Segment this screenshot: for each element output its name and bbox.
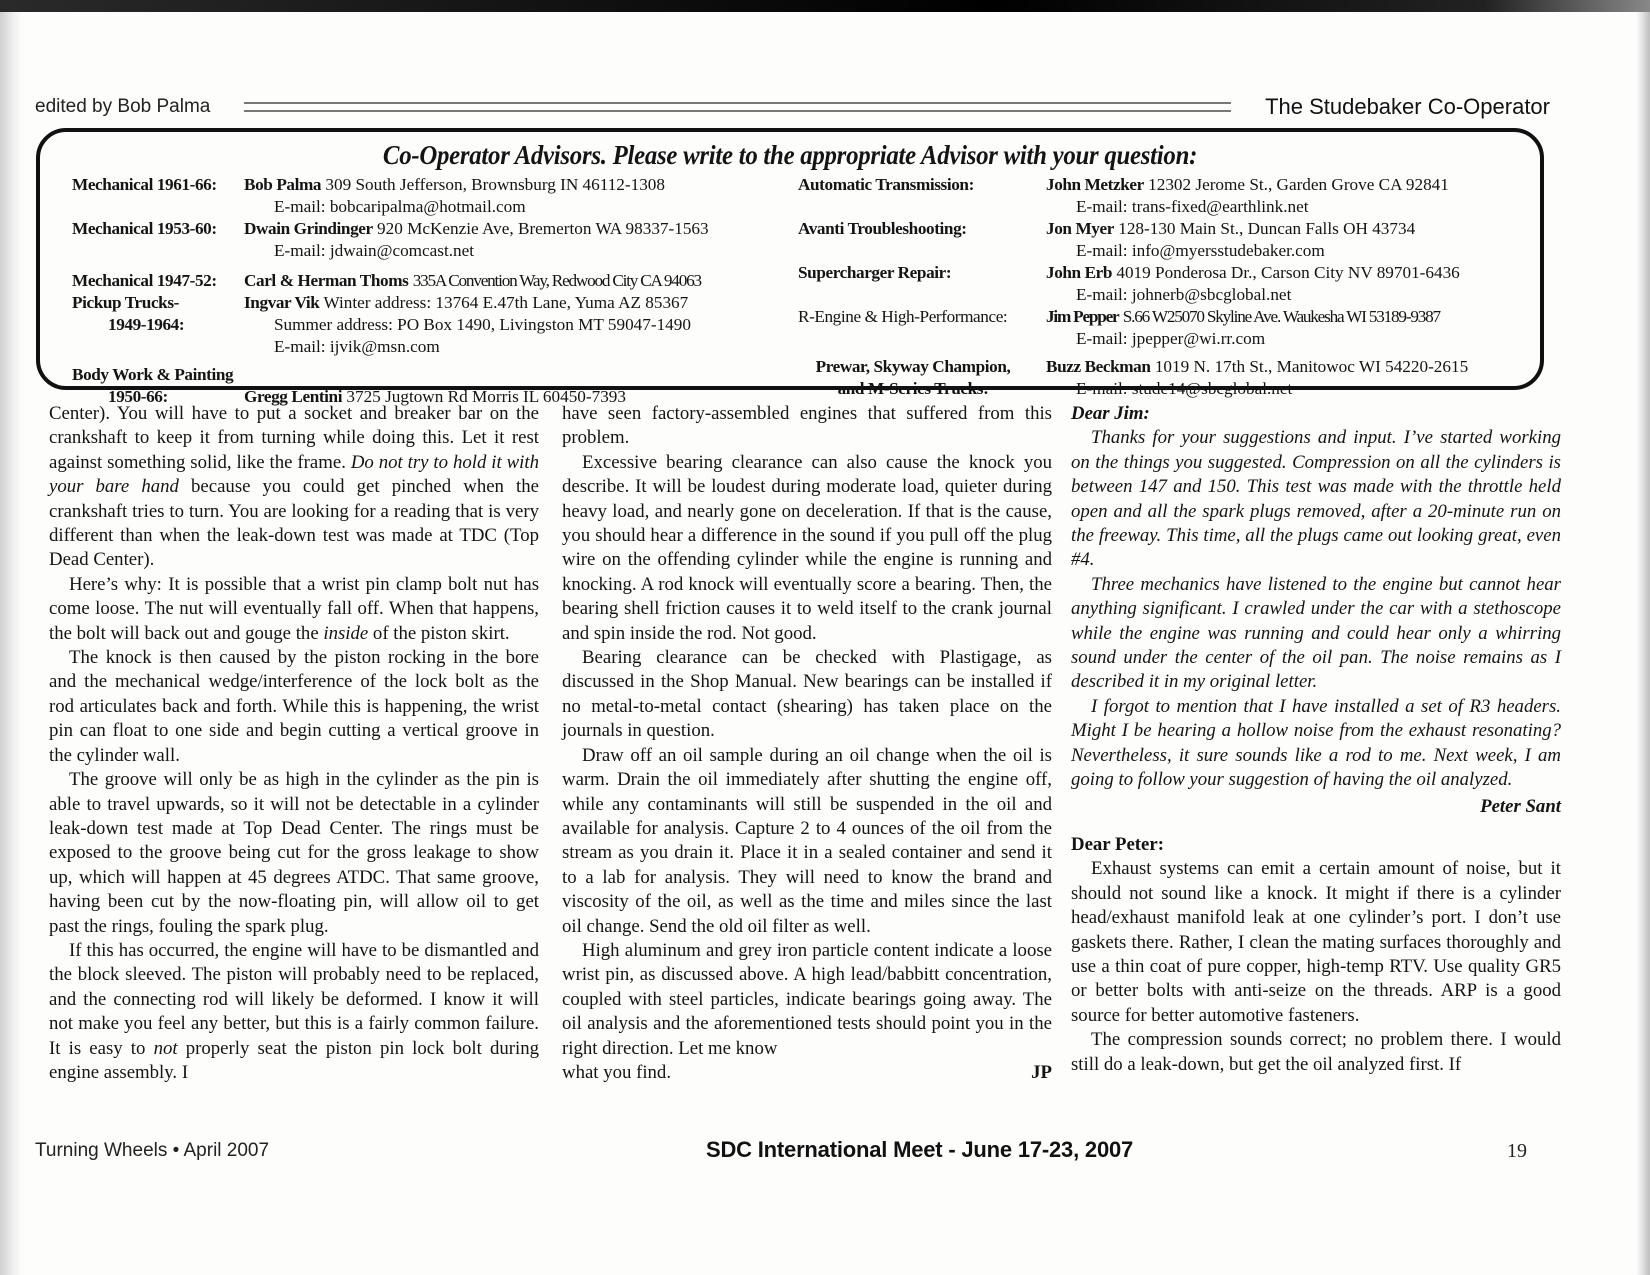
paragraph: have seen factory-assembled engines that… [562, 402, 1052, 451]
advisor-entry: R-Engine & High-Performance: Jim Pepper … [798, 306, 1538, 350]
advisor-address: 128-130 Main St., Duncan Falls OH 43734 [1118, 219, 1415, 238]
advisor-name: Ingvar Vik [244, 293, 319, 312]
paragraph: Here’s why: It is possible that a wrist … [49, 573, 539, 646]
italic-text: inside [323, 623, 368, 644]
paragraph: Draw off an oil sample during an oil cha… [562, 744, 1052, 939]
advisor-entry: Mechanical 1961-66: Bob Palma 309 South … [72, 174, 832, 218]
letter-paragraph: Thanks for your suggestions and input. I… [1071, 426, 1561, 572]
header-rule [244, 102, 1231, 112]
advisors-title: Co-Operator Advisors. Please write to th… [100, 140, 1480, 171]
advisor-email: E-mail: jdwain@comcast.net [244, 240, 832, 262]
text-run: of the piston skirt. [368, 623, 509, 644]
article-column-2: have seen factory-assembled engines that… [562, 402, 1052, 1085]
advisor-entry: Supercharger Repair: John Erb 4019 Ponde… [798, 262, 1538, 306]
advisor-category: Prewar, Skyway Champion, and M-Series Tr… [798, 356, 1028, 400]
letter-paragraph: I forgot to mention that I have installe… [1071, 695, 1561, 793]
advisor-name: Carl & Herman Thoms [244, 271, 408, 290]
header-section-title: The Studebaker Co-Operator [1265, 94, 1550, 120]
advisor-name: Jim Pepper [1046, 307, 1119, 326]
advisor-email: E-mail: stude14@sbcglobal.net [1046, 378, 1538, 400]
advisor-address: 920 McKenzie Ave, Bremerton WA 98337-156… [377, 219, 709, 238]
paragraph: Bearing clearance can be checked with Pl… [562, 646, 1052, 744]
advisor-category: Avanti Troubleshooting: [798, 218, 967, 240]
advisor-email: E-mail: bobcaripalma@hotmail.com [244, 196, 832, 218]
reply-paragraph: The compression sounds correct; no probl… [1071, 1028, 1561, 1077]
advisor-address: 1019 N. 17th St., Manitowoc WI 54220-261… [1155, 357, 1468, 376]
advisor-address: 309 South Jefferson, Brownsburg IN 46112… [325, 175, 665, 194]
advisor-name: Jon Myer [1046, 219, 1114, 238]
advisors-right-column: Automatic Transmission: John Metzker 123… [798, 174, 1538, 400]
article-column-1: Center). You will have to put a socket a… [49, 402, 539, 1085]
advisor-entry: Pickup Trucks- 1949-1964: Ingvar Vik Win… [72, 292, 832, 358]
advisor-name: Bob Palma [244, 175, 321, 194]
advisor-email: E-mail: johnerb@sbcglobal.net [1046, 284, 1538, 306]
advisor-name: Dwain Grindinger [244, 219, 373, 238]
paragraph: If this has occurred, the engine will ha… [49, 939, 539, 1085]
footer-publication: Turning Wheels • April 2007 [35, 1140, 269, 1162]
scan-edge-top [0, 0, 1650, 12]
salutation-dear-peter: Dear Peter: [1071, 833, 1561, 857]
advisor-entry: Prewar, Skyway Champion, and M-Series Tr… [798, 356, 1538, 400]
scan-edge-left [0, 12, 22, 1275]
advisor-address: 335A Convention Way, Redwood City CA 940… [413, 271, 701, 290]
advisor-address-summer: Summer address: PO Box 1490, Livingston … [244, 314, 832, 336]
advisor-email: E-mail: jpepper@wi.rr.com [1046, 328, 1538, 350]
advisor-address: Winter address: 13764 E.47th Lane, Yuma … [323, 293, 688, 312]
advisor-name: John Metzker [1046, 175, 1144, 194]
advisors-box: Co-Operator Advisors. Please write to th… [36, 128, 1544, 390]
closing-line: what you find. JP [562, 1061, 1052, 1085]
advisor-address: 12302 Jerome St., Garden Grove CA 92841 [1148, 175, 1449, 194]
advisor-entry: Mechanical 1947-52: Carl & Herman Thoms … [72, 270, 832, 292]
footer-event-banner: SDC International Meet - June 17-23, 200… [706, 1137, 1133, 1163]
paragraph: The groove will only be as high in the c… [49, 768, 539, 939]
paragraph: High aluminum and grey iron particle con… [562, 939, 1052, 1061]
salutation-dear-jim: Dear Jim: [1071, 402, 1561, 426]
advisor-address: S.66 W25070 Skyline Ave. Waukesha WI 531… [1123, 307, 1440, 326]
signature-peter-sant: Peter Sant [1071, 795, 1561, 819]
advisor-category: Automatic Transmission: [798, 174, 974, 196]
reply-paragraph: Exhaust systems can emit a certain amoun… [1071, 857, 1561, 1028]
scan-edge-right [1636, 12, 1650, 1275]
advisor-category: R-Engine & High-Performance: [798, 306, 1007, 328]
italic-text: not [154, 1038, 178, 1059]
advisor-entry: Mechanical 1953-60: Dwain Grindinger 920… [72, 218, 832, 262]
advisors-left-column: Mechanical 1961-66: Bob Palma 309 South … [72, 174, 832, 408]
advisor-category: Supercharger Repair: [798, 262, 951, 284]
advisor-email: E-mail: ijvik@msn.com [244, 336, 832, 358]
header-editor-credit: edited by Bob Palma [35, 96, 210, 118]
paragraph: The knock is then caused by the piston r… [49, 646, 539, 768]
advisor-address: 4019 Ponderosa Dr., Carson City NV 89701… [1116, 263, 1459, 282]
article-column-3: Dear Jim: Thanks for your suggestions an… [1071, 402, 1561, 1077]
advisor-category: Mechanical 1961-66: [72, 174, 217, 196]
advisor-category-line1: Prewar, Skyway Champion, [816, 357, 1011, 376]
advisor-category: Mechanical 1947-52: [72, 270, 217, 292]
advisor-name: Buzz Beckman [1046, 357, 1151, 376]
advisor-category: Pickup Trucks- 1949-1964: [72, 292, 184, 336]
running-header: edited by Bob Palma The Studebaker Co-Op… [35, 92, 1550, 122]
advisor-category: Mechanical 1953-60: [72, 218, 217, 240]
paragraph: Center). You will have to put a socket a… [49, 402, 539, 573]
advisor-email: E-mail: info@myersstudebaker.com [1046, 240, 1538, 262]
letter-paragraph: Three mechanics have listened to the eng… [1071, 573, 1561, 695]
closing-text: what you find. [562, 1061, 671, 1085]
page-number: 19 [1507, 1140, 1527, 1163]
advisor-email: E-mail: trans-fixed@earthlink.net [1046, 196, 1538, 218]
advisor-category-line1: Body Work & Painting [72, 365, 233, 384]
paragraph: Excessive bearing clearance can also cau… [562, 451, 1052, 646]
advisor-name: John Erb [1046, 263, 1112, 282]
advisor-category-line1: Pickup Trucks- [72, 293, 179, 312]
signature-jp: JP [1031, 1061, 1052, 1085]
advisor-entry: Automatic Transmission: John Metzker 123… [798, 174, 1538, 218]
advisor-category-line2: 1949-1964: [72, 314, 184, 336]
advisor-entry: Avanti Troubleshooting: Jon Myer 128-130… [798, 218, 1538, 262]
advisor-category-line2: and M-Series Trucks: [838, 379, 989, 398]
